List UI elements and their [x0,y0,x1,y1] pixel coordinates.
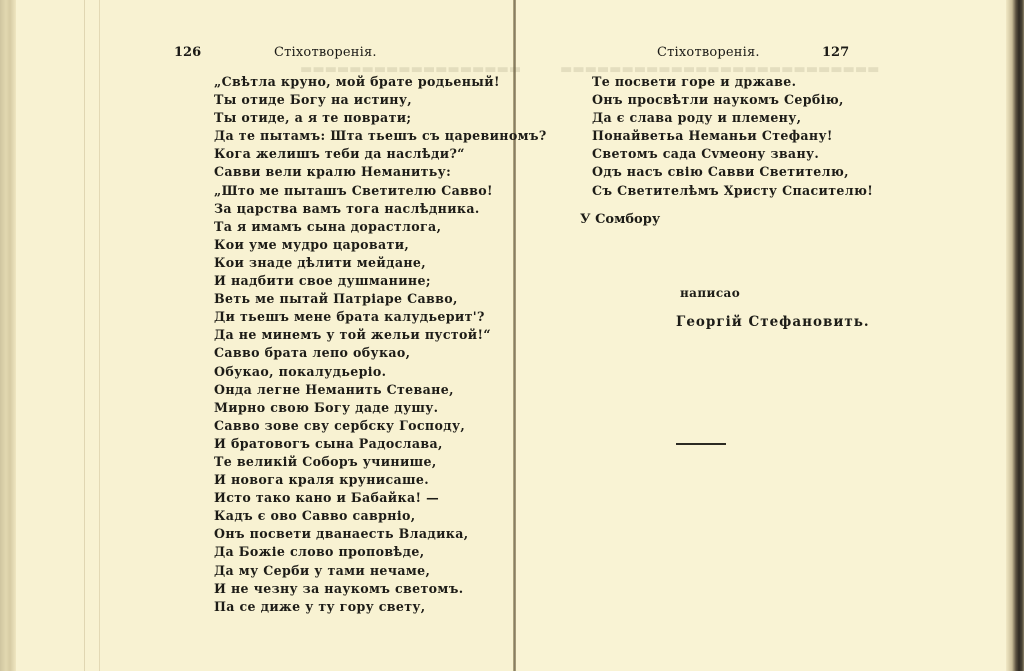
verse-line: Да те пытамъ: Шта тьешъ съ царевиномъ? [214,127,547,145]
verse-line: Да є слава роду и племену, [592,109,873,127]
verse-line: Исто тако кано и Бабайка! — [214,489,547,507]
verse-line: И не чезну за наукомъ светомъ. [214,580,547,598]
verse-line: Да Божіе слово проповѣде, [214,543,547,561]
verse-line: Савви вели кралю Неманитьу: [214,163,547,181]
wrote-label: написао [680,286,740,300]
verse-line: „Што ме пыташъ Светителю Савво! [214,182,547,200]
verse-line: Онда легне Неманить Стеване, [214,381,547,399]
verse-line: Кадъ є ово Савво саврніо, [214,507,547,525]
verse-line: Обукао, покалудьеріо. [214,363,547,381]
verse-line: Ди тьешъ мене брата калудьерит'? [214,308,547,326]
left-verse-block: „Свѣтла круно, мой брате родьеный! Ты от… [214,73,547,616]
verse-line: Те великій Соборъ учинише, [214,453,547,471]
verse-line: Кои знаде дѣлити мейдане, [214,254,547,272]
verse-line: За царства вамъ тога наслѣдника. [214,200,547,218]
verse-line: Да му Серби у тами нечаме, [214,562,547,580]
verse-line: Да не минемъ у той жельи пустой!“ [214,326,547,344]
verse-line: Съ Светителѣмъ Христу Спасителю! [592,182,873,200]
verse-line: Веть ме пытай Патріаре Савво, [214,290,547,308]
verse-line: Понайветьа Неманьи Стефану! [592,127,873,145]
verse-line: И надбити свое душманине; [214,272,547,290]
left-running-title: Стіхотворенія. [274,45,377,60]
verse-line: Савво зове сву сербску Господу, [214,417,547,435]
verse-line: Ты отиде, а я те поврати; [214,109,547,127]
verse-line: Кога желишъ теби да наслѣди?“ [214,145,547,163]
verse-line: Кои уме мудро царовати, [214,236,547,254]
verse-line: Савво брата лепо обукао, [214,344,547,362]
verse-line: Светомъ сада Сvмеону звану. [592,145,873,163]
verse-line: Та я имамъ сына дорастлога, [214,218,547,236]
verse-line: Одъ насъ свію Савви Светителю, [592,163,873,181]
book-spread: ▬▬▬▬▬▬▬▬▬▬▬▬▬▬▬▬▬▬ ▬▬▬▬▬▬▬▬▬▬▬▬▬▬▬▬▬▬▬▬▬… [0,0,1024,671]
right-page-edge [1006,0,1024,671]
verse-line: Ты отиде Богу на истину, [214,91,547,109]
author-signature: Георгій Стефановить. [676,314,870,330]
closing-rule [676,443,726,445]
verse-line: И братовогъ сына Радослава, [214,435,547,453]
verse-line: Те посвети горе и државе. [592,73,873,91]
verse-line: Онъ посвети дванаесть Владика, [214,525,547,543]
left-page-number: 126 [174,45,201,60]
verse-line: Па се диже у ту гору свету, [214,598,547,616]
verse-line: Онъ просвѣтли наукомъ Сербію, [592,91,873,109]
right-page-number: 127 [822,45,849,60]
left-page-edge [0,0,16,671]
verse-line: „Свѣтла круно, мой брате родьеный! [214,73,547,91]
right-verse-block: Те посвети горе и државе. Онъ просвѣтли … [592,73,873,200]
place-of-writing: У Сомбору [580,212,660,227]
right-running-title: Стіхотворенія. [657,45,760,60]
verse-line: Мирно свою Богу даде душу. [214,399,547,417]
left-page-fold [84,0,100,671]
verse-line: И новога краля крунисаше. [214,471,547,489]
